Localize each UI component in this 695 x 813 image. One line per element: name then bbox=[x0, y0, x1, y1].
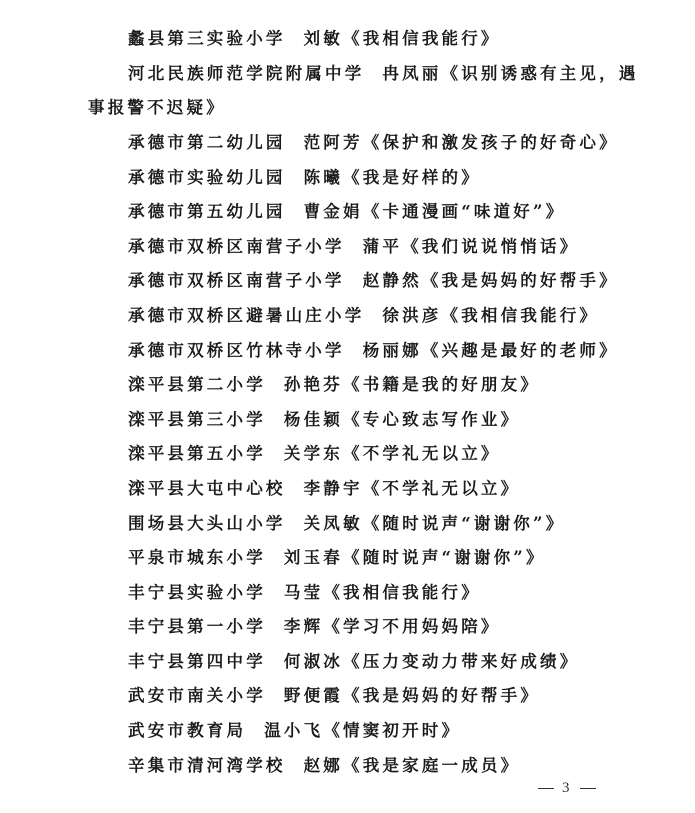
work-title: 《我们说说悄悄话》 bbox=[402, 237, 579, 256]
author-name: 杨佳颖 bbox=[284, 410, 343, 429]
author-name: 李静宇 bbox=[304, 479, 363, 498]
entry-line: 辛集市清河湾学校赵娜《我是家庭一成员》 bbox=[128, 755, 520, 777]
author-name: 杨丽娜 bbox=[363, 341, 422, 360]
entry-line: 滦平县第五小学关学东《不学礼无以立》 bbox=[128, 443, 501, 465]
author-name: 关凤敏 bbox=[304, 514, 363, 533]
school-name: 滦平县第二小学 bbox=[128, 375, 266, 394]
school-name: 滦平县第五小学 bbox=[128, 444, 266, 463]
author-name: 赵静然 bbox=[363, 271, 422, 290]
school-name: 辛集市清河湾学校 bbox=[128, 756, 286, 775]
school-name: 武安市南关小学 bbox=[128, 686, 266, 705]
work-title: 《我是家庭一成员》 bbox=[343, 756, 520, 775]
school-name: 丰宁县第一小学 bbox=[128, 617, 266, 636]
school-name: 承德市双桥区南营子小学 bbox=[128, 271, 345, 290]
work-title: 《卡通漫画“味道好”》 bbox=[363, 202, 566, 221]
author-name: 李辉 bbox=[284, 617, 323, 636]
work-title: 《我相信我能行》 bbox=[343, 29, 501, 48]
work-title: 《学习不用妈妈陪》 bbox=[323, 617, 500, 636]
author-name: 冉凤丽 bbox=[382, 64, 441, 83]
author-name: 孙艳芬 bbox=[284, 375, 343, 394]
entry-line: 承德市实验幼儿园陈曦《我是好样的》 bbox=[128, 167, 481, 189]
page-number-value: 3 bbox=[562, 780, 572, 796]
school-name: 河北民族师范学院附属中学 bbox=[128, 64, 364, 83]
entry-line: 滦平县第三小学杨佳颖《专心致志写作业》 bbox=[128, 409, 520, 431]
author-name: 刘玉春 bbox=[284, 548, 343, 567]
entry-line: 丰宁县第一小学李辉《学习不用妈妈陪》 bbox=[128, 616, 501, 638]
work-title: 《保护和激发孩子的好奇心》 bbox=[363, 133, 619, 152]
work-title: 《书籍是我的好朋友》 bbox=[343, 375, 540, 394]
entry-line: 承德市双桥区南营子小学蒲平《我们说说悄悄话》 bbox=[128, 236, 579, 258]
work-title: 《情窦初开时》 bbox=[323, 721, 461, 740]
work-title: 《我相信我能行》 bbox=[323, 583, 481, 602]
entry-line: 蠡县第三实验小学刘敏《我相信我能行》 bbox=[128, 28, 501, 50]
entry-line: 围场县大头山小学关凤敏《随时说声“谢谢你”》 bbox=[128, 513, 565, 535]
entry-line: 武安市南关小学野便霞《我是妈妈的好帮手》 bbox=[128, 685, 540, 707]
author-name: 野便霞 bbox=[284, 686, 343, 705]
entry-line: 滦平县大屯中心校李静宇《不学礼无以立》 bbox=[128, 478, 520, 500]
author-name: 蒲平 bbox=[363, 237, 402, 256]
entry-line: 武安市教育局温小飞《情窦初开时》 bbox=[128, 720, 461, 742]
school-name: 承德市双桥区南营子小学 bbox=[128, 237, 345, 256]
entry-line: 承德市第五幼儿园曹金娟《卡通漫画“味道好”》 bbox=[128, 201, 565, 223]
author-name: 陈曦 bbox=[304, 168, 343, 187]
work-title-continuation: 事报警不迟疑》 bbox=[88, 98, 226, 117]
entry-line: 平泉市城东小学刘玉春《随时说声“谢谢你”》 bbox=[128, 547, 546, 569]
entry-line: 承德市双桥区避暑山庄小学徐洪彦《我相信我能行》 bbox=[128, 305, 599, 327]
work-title: 《我是妈妈的好帮手》 bbox=[422, 271, 619, 290]
work-title: 《我相信我能行》 bbox=[442, 306, 600, 325]
work-title: 《压力变动力带来好成绩》 bbox=[343, 652, 579, 671]
school-name: 承德市实验幼儿园 bbox=[128, 168, 286, 187]
entry-line: 河北民族师范学院附属中学冉凤丽《识别诱惑有主见，遇 bbox=[128, 63, 639, 85]
school-name: 武安市教育局 bbox=[128, 721, 246, 740]
work-title: 《识别诱惑有主见，遇 bbox=[442, 64, 639, 83]
author-name: 温小飞 bbox=[264, 721, 323, 740]
work-title: 《兴趣是最好的老师》 bbox=[422, 341, 619, 360]
dash-right bbox=[580, 788, 596, 789]
work-title: 《随时说声“谢谢你”》 bbox=[343, 548, 546, 567]
school-name: 丰宁县实验小学 bbox=[128, 583, 266, 602]
entry-line: 丰宁县第四中学何淑冰《压力变动力带来好成绩》 bbox=[128, 651, 579, 673]
author-name: 何淑冰 bbox=[284, 652, 343, 671]
work-title: 《我是好样的》 bbox=[343, 168, 481, 187]
school-name: 丰宁县第四中学 bbox=[128, 652, 266, 671]
page-number: 3 bbox=[530, 780, 604, 797]
school-name: 承德市第五幼儿园 bbox=[128, 202, 286, 221]
work-title: 《不学礼无以立》 bbox=[363, 479, 521, 498]
author-name: 曹金娟 bbox=[304, 202, 363, 221]
author-name: 马莹 bbox=[284, 583, 323, 602]
school-name: 蠡县第三实验小学 bbox=[128, 29, 286, 48]
school-name: 滦平县第三小学 bbox=[128, 410, 266, 429]
entry-line: 丰宁县实验小学马莹《我相信我能行》 bbox=[128, 582, 481, 604]
entry-line: 滦平县第二小学孙艳芬《书籍是我的好朋友》 bbox=[128, 374, 540, 396]
school-name: 平泉市城东小学 bbox=[128, 548, 266, 567]
work-title: 《专心致志写作业》 bbox=[343, 410, 520, 429]
entry-line: 承德市第二幼儿园范阿芳《保护和激发孩子的好奇心》 bbox=[128, 132, 619, 154]
entry-line: 承德市双桥区南营子小学赵静然《我是妈妈的好帮手》 bbox=[128, 270, 619, 292]
entry-line-continuation: 事报警不迟疑》 bbox=[88, 97, 226, 119]
document-page: 蠡县第三实验小学刘敏《我相信我能行》 河北民族师范学院附属中学冉凤丽《识别诱惑有… bbox=[0, 0, 695, 813]
author-name: 赵娜 bbox=[304, 756, 343, 775]
entry-line: 承德市双桥区竹林寺小学杨丽娜《兴趣是最好的老师》 bbox=[128, 340, 619, 362]
school-name: 承德市双桥区竹林寺小学 bbox=[128, 341, 345, 360]
author-name: 徐洪彦 bbox=[382, 306, 441, 325]
author-name: 范阿芳 bbox=[304, 133, 363, 152]
dash-left bbox=[538, 788, 554, 789]
author-name: 关学东 bbox=[284, 444, 343, 463]
school-name: 滦平县大屯中心校 bbox=[128, 479, 286, 498]
author-name: 刘敏 bbox=[304, 29, 343, 48]
work-title: 《我是妈妈的好帮手》 bbox=[343, 686, 540, 705]
school-name: 围场县大头山小学 bbox=[128, 514, 286, 533]
school-name: 承德市双桥区避暑山庄小学 bbox=[128, 306, 364, 325]
work-title: 《随时说声“谢谢你”》 bbox=[363, 514, 566, 533]
school-name: 承德市第二幼儿园 bbox=[128, 133, 286, 152]
work-title: 《不学礼无以立》 bbox=[343, 444, 501, 463]
